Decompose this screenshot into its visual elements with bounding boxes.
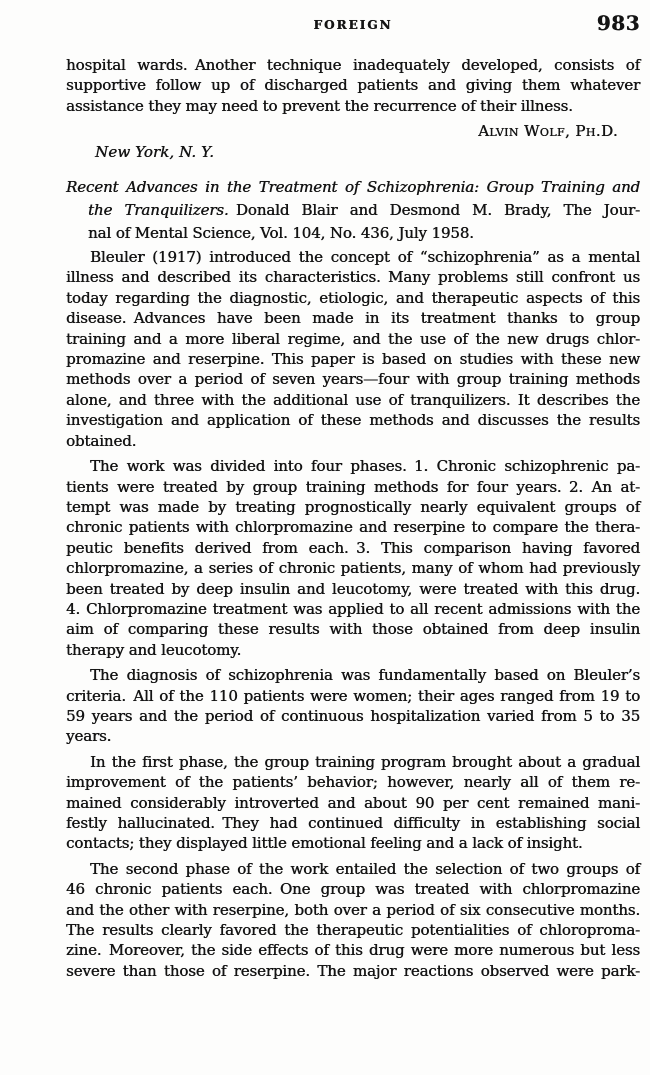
text-line: tempt was made by treating prognosticall…	[66, 497, 640, 517]
document-content: hospital wards. Another technique inadeq…	[66, 55, 640, 981]
abstract-paragraph-5: The second phase of the work entailed th…	[66, 859, 640, 981]
abstract-paragraph-2: The work was divided into four phases. 1…	[66, 456, 640, 660]
text-line: In the first phase, the group training p…	[66, 752, 640, 772]
text-line: alone, and three with the additional use…	[66, 390, 640, 410]
running-head-title: FOREIGN	[66, 17, 640, 33]
text-line: investigation and application of these m…	[66, 410, 640, 430]
text-line: 46 chronic patients each. One group was …	[66, 879, 640, 899]
text-line: The work was divided into four phases. 1…	[66, 456, 640, 476]
text-line: chronic patients with chlorpromazine and…	[66, 517, 640, 537]
text-line: and the other with reserpine, both over …	[66, 900, 640, 920]
text-line: criteria. All of the 110 patients were w…	[66, 686, 640, 706]
text-line: training and a more liberal regime, and …	[66, 329, 640, 349]
reference-heading: Recent Advances in the Treatment of Schi…	[66, 176, 640, 245]
heading-segment-roman: Donald Blair and Desmond M. Brady, The J…	[229, 201, 641, 219]
page-number: 983	[597, 12, 640, 34]
text-line: supportive follow up of discharged patie…	[66, 75, 640, 95]
abstract-paragraph-3: The diagnosis of schizophrenia was funda…	[66, 665, 640, 747]
heading-segment-roman: nal of Mental Science, Vol. 104, No. 436…	[88, 224, 474, 242]
text-line: severe than those of reserpine. The majo…	[66, 961, 640, 981]
place-line: New York, N. Y.	[66, 142, 640, 162]
intro-continued-paragraph: hospital wards. Another technique inadeq…	[66, 55, 640, 116]
text-line: tients were treated by group training me…	[66, 477, 640, 497]
text-line: disease. Advances have been made in its …	[66, 308, 640, 328]
reference-heading-line: nal of Mental Science, Vol. 104, No. 436…	[66, 222, 640, 245]
text-column: FOREIGN 983 hospital wards. Another tech…	[66, 13, 640, 981]
text-line: assistance they may need to prevent the …	[66, 96, 640, 116]
heading-segment-italic: the Tranquilizers.	[88, 201, 229, 219]
text-line: improvement of the patients’ behavior; h…	[66, 772, 640, 792]
text-line: The results clearly favored the therapeu…	[66, 920, 640, 940]
abstract-paragraph-4: In the first phase, the group training p…	[66, 752, 640, 854]
text-line: contacts; they displayed little emotiona…	[66, 833, 640, 853]
text-line: peutic benefits derived from each. 3. Th…	[66, 538, 640, 558]
heading-segment-italic: Recent Advances in the Treatment of Schi…	[66, 178, 640, 196]
text-line: The second phase of the work entailed th…	[66, 859, 640, 879]
reference-heading-line: Recent Advances in the Treatment of Schi…	[66, 176, 640, 199]
text-line: 4. Chlorpromazine treatment was applied …	[66, 599, 640, 619]
text-line: The diagnosis of schizophrenia was funda…	[66, 665, 640, 685]
text-line: today regarding the diagnostic, etiologi…	[66, 288, 640, 308]
place-line: New York, N. Y.	[66, 142, 640, 162]
text-line: therapy and leucotomy.	[66, 640, 640, 660]
text-line: aim of comparing these results with thos…	[66, 619, 640, 639]
text-line: Bleuler (1917) introduced the concept of…	[66, 247, 640, 267]
text-line: 59 years and the period of continuous ho…	[66, 706, 640, 726]
text-line: been treated by deep insulin and leucoto…	[66, 579, 640, 599]
text-line: hospital wards. Another technique inadeq…	[66, 55, 640, 75]
abstract-paragraph-1: Bleuler (1917) introduced the concept of…	[66, 247, 640, 451]
text-line: chlorpromazine, a series of chronic pati…	[66, 558, 640, 578]
author-byline: Alvin Wolf, Ph.D.	[66, 121, 640, 141]
text-line: mained considerably introverted and abou…	[66, 793, 640, 813]
text-line: zine. Moreover, the side effects of this…	[66, 940, 640, 960]
author-byline: Alvin Wolf, Ph.D.	[66, 121, 640, 141]
reference-heading-line: the Tranquilizers. Donald Blair and Desm…	[66, 199, 640, 222]
running-header: FOREIGN 983	[66, 13, 640, 35]
text-line: promazine and reserpine. This paper is b…	[66, 349, 640, 369]
text-line: obtained.	[66, 431, 640, 451]
text-line: illness and described its characteristic…	[66, 267, 640, 287]
text-line: festly hallucinated. They had continued …	[66, 813, 640, 833]
scanned-journal-page: FOREIGN 983 hospital wards. Another tech…	[0, 0, 650, 1075]
text-line: methods over a period of seven years—fou…	[66, 369, 640, 389]
text-line: years.	[66, 726, 640, 746]
